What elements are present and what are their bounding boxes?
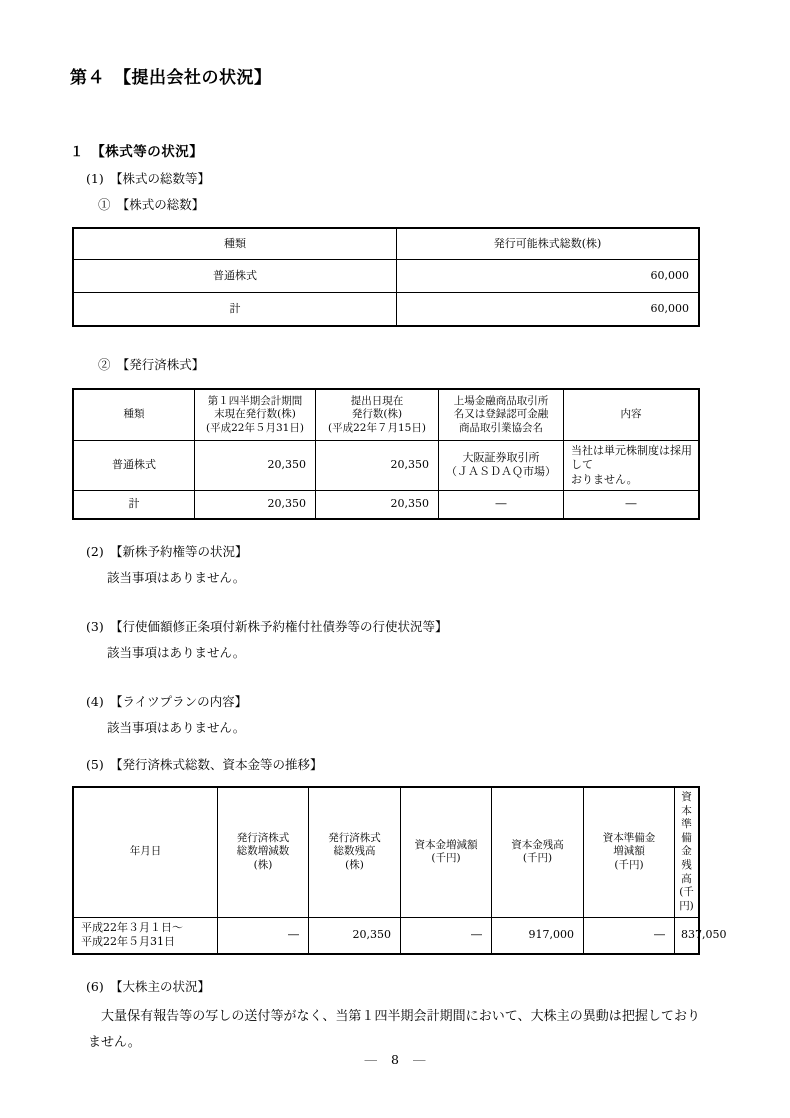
table-header-row: 種類 第１四半期会計期間 末現在発行数(株) (平成22年５月31日) 提出日現… bbox=[73, 389, 699, 441]
header-cell-exchange-name: 上場金融商品取引所 名又は登録認可金融 商品取引業協会名 bbox=[439, 389, 564, 441]
page-number: 8 bbox=[391, 1052, 399, 1067]
cell-filing-date-shares: 20,350 bbox=[316, 441, 439, 491]
capital-history-table: 年月日 発行済株式 総数増減数 (株) 発行済株式 総数残高 (株) 資本金増減… bbox=[72, 786, 700, 955]
cell-total-label: 計 bbox=[73, 490, 195, 519]
table-total-row: 計 20,350 20,350 ― ― bbox=[73, 490, 699, 519]
section-stock-status-heading: １ 【株式等の状況】 bbox=[70, 145, 700, 159]
section-rights-plan-heading: (4) 【ライツプランの内容】 bbox=[86, 695, 700, 708]
header-cell-authorized-shares: 発行可能株式総数(株) bbox=[397, 228, 700, 260]
cell-exchange-name: 大阪証券取引所 （ＪＡＳＤＡＱ市場） bbox=[439, 441, 564, 491]
header-cell-filing-date-shares: 提出日現在 発行数(株) (平成22年７月15日) bbox=[316, 389, 439, 441]
header-cell-quarter-end-shares: 第１四半期会計期間 末現在発行数(株) (平成22年５月31日) bbox=[195, 389, 316, 441]
table-header-row: 年月日 発行済株式 総数増減数 (株) 発行済株式 総数残高 (株) 資本金増減… bbox=[73, 787, 699, 917]
cell-total-exchange-dash: ― bbox=[439, 490, 564, 519]
stock-warrants-body: 該当事項はありません。 bbox=[107, 571, 700, 584]
table-row: 普通株式 20,350 20,350 大阪証券取引所 （ＪＡＳＤＡＱ市場） 当社… bbox=[73, 441, 699, 491]
cell-share-class: 普通株式 bbox=[73, 441, 195, 491]
header-cell-share-class: 種類 bbox=[73, 389, 195, 441]
header-cell-capital-change: 資本金増減額 (千円) bbox=[401, 787, 492, 917]
table-header-row: 種類 発行可能株式総数(株) bbox=[73, 228, 699, 260]
cell-total-description-dash: ― bbox=[564, 490, 700, 519]
header-cell-share-class: 種類 bbox=[73, 228, 397, 260]
document-page: 第４ 【提出会社の状況】 １ 【株式等の状況】 (1) 【株式の総数等】 ① 【… bbox=[0, 0, 790, 1118]
section-major-shareholders-heading: (6) 【大株主の状況】 bbox=[86, 980, 700, 993]
header-cell-description: 内容 bbox=[564, 389, 700, 441]
footer-left-bar: ― bbox=[365, 1052, 378, 1067]
cell-total-value: 60,000 bbox=[397, 293, 700, 327]
cell-description: 当社は単元株制度は採用して おりません。 bbox=[564, 441, 700, 491]
cell-total-quarter-end-shares: 20,350 bbox=[195, 490, 316, 519]
section-stock-warrants-heading: (2) 【新株予約権等の状況】 bbox=[86, 545, 700, 558]
cell-reserve-change: ― bbox=[584, 917, 675, 954]
cell-authorized-shares: 60,000 bbox=[397, 260, 700, 293]
subsection-share-total-group-heading: (1) 【株式の総数等】 bbox=[86, 172, 700, 185]
header-cell-capital-balance: 資本金残高 (千円) bbox=[492, 787, 584, 917]
cell-total-filing-date-shares: 20,350 bbox=[316, 490, 439, 519]
cell-issued-balance: 20,350 bbox=[309, 917, 401, 954]
rights-plan-body: 該当事項はありません。 bbox=[107, 721, 700, 734]
page-title: 第４ 【提出会社の状況】 bbox=[70, 68, 700, 88]
cell-capital-balance: 917,000 bbox=[492, 917, 584, 954]
cell-quarter-end-shares: 20,350 bbox=[195, 441, 316, 491]
cell-reserve-balance: 837,050 bbox=[675, 917, 700, 954]
cell-total-label: 計 bbox=[73, 293, 397, 327]
page-footer: ―8― bbox=[0, 1052, 790, 1067]
header-cell-date: 年月日 bbox=[73, 787, 218, 917]
header-cell-issued-change: 発行済株式 総数増減数 (株) bbox=[218, 787, 309, 917]
share-total-table: 種類 発行可能株式総数(株) 普通株式 60,000 計 60,000 bbox=[72, 227, 700, 327]
major-shareholders-body: 大量保有報告等の写しの送付等がなく、当第１四半期会計期間において、大株主の異動は… bbox=[88, 1004, 700, 1056]
section-capital-history-heading: (5) 【発行済株式総数、資本金等の推移】 bbox=[86, 758, 700, 771]
cell-date-range: 平成22年３月１日～ 平成22年５月31日 bbox=[73, 917, 218, 954]
item-issued-shares-heading: ② 【発行済株式】 bbox=[98, 358, 700, 371]
item-share-total-heading: ① 【株式の総数】 bbox=[98, 198, 700, 211]
header-cell-issued-balance: 発行済株式 総数残高 (株) bbox=[309, 787, 401, 917]
table-row: 普通株式 60,000 bbox=[73, 260, 699, 293]
footer-right-bar: ― bbox=[413, 1052, 426, 1067]
header-cell-reserve-balance: 資本準備金 残高 (千円) bbox=[675, 787, 700, 917]
table-total-row: 計 60,000 bbox=[73, 293, 699, 327]
cell-capital-change: ― bbox=[401, 917, 492, 954]
table-row: 平成22年３月１日～ 平成22年５月31日 ― 20,350 ― 917,000… bbox=[73, 917, 699, 954]
header-cell-reserve-change: 資本準備金 増減額 (千円) bbox=[584, 787, 675, 917]
issued-shares-table: 種類 第１四半期会計期間 末現在発行数(株) (平成22年５月31日) 提出日現… bbox=[72, 388, 700, 520]
cell-share-class: 普通株式 bbox=[73, 260, 397, 293]
convertible-bonds-body: 該当事項はありません。 bbox=[107, 646, 700, 659]
section-convertible-bonds-heading: (3) 【行使価額修正条項付新株予約権付社債券等の行使状況等】 bbox=[86, 620, 700, 633]
cell-issued-change: ― bbox=[218, 917, 309, 954]
